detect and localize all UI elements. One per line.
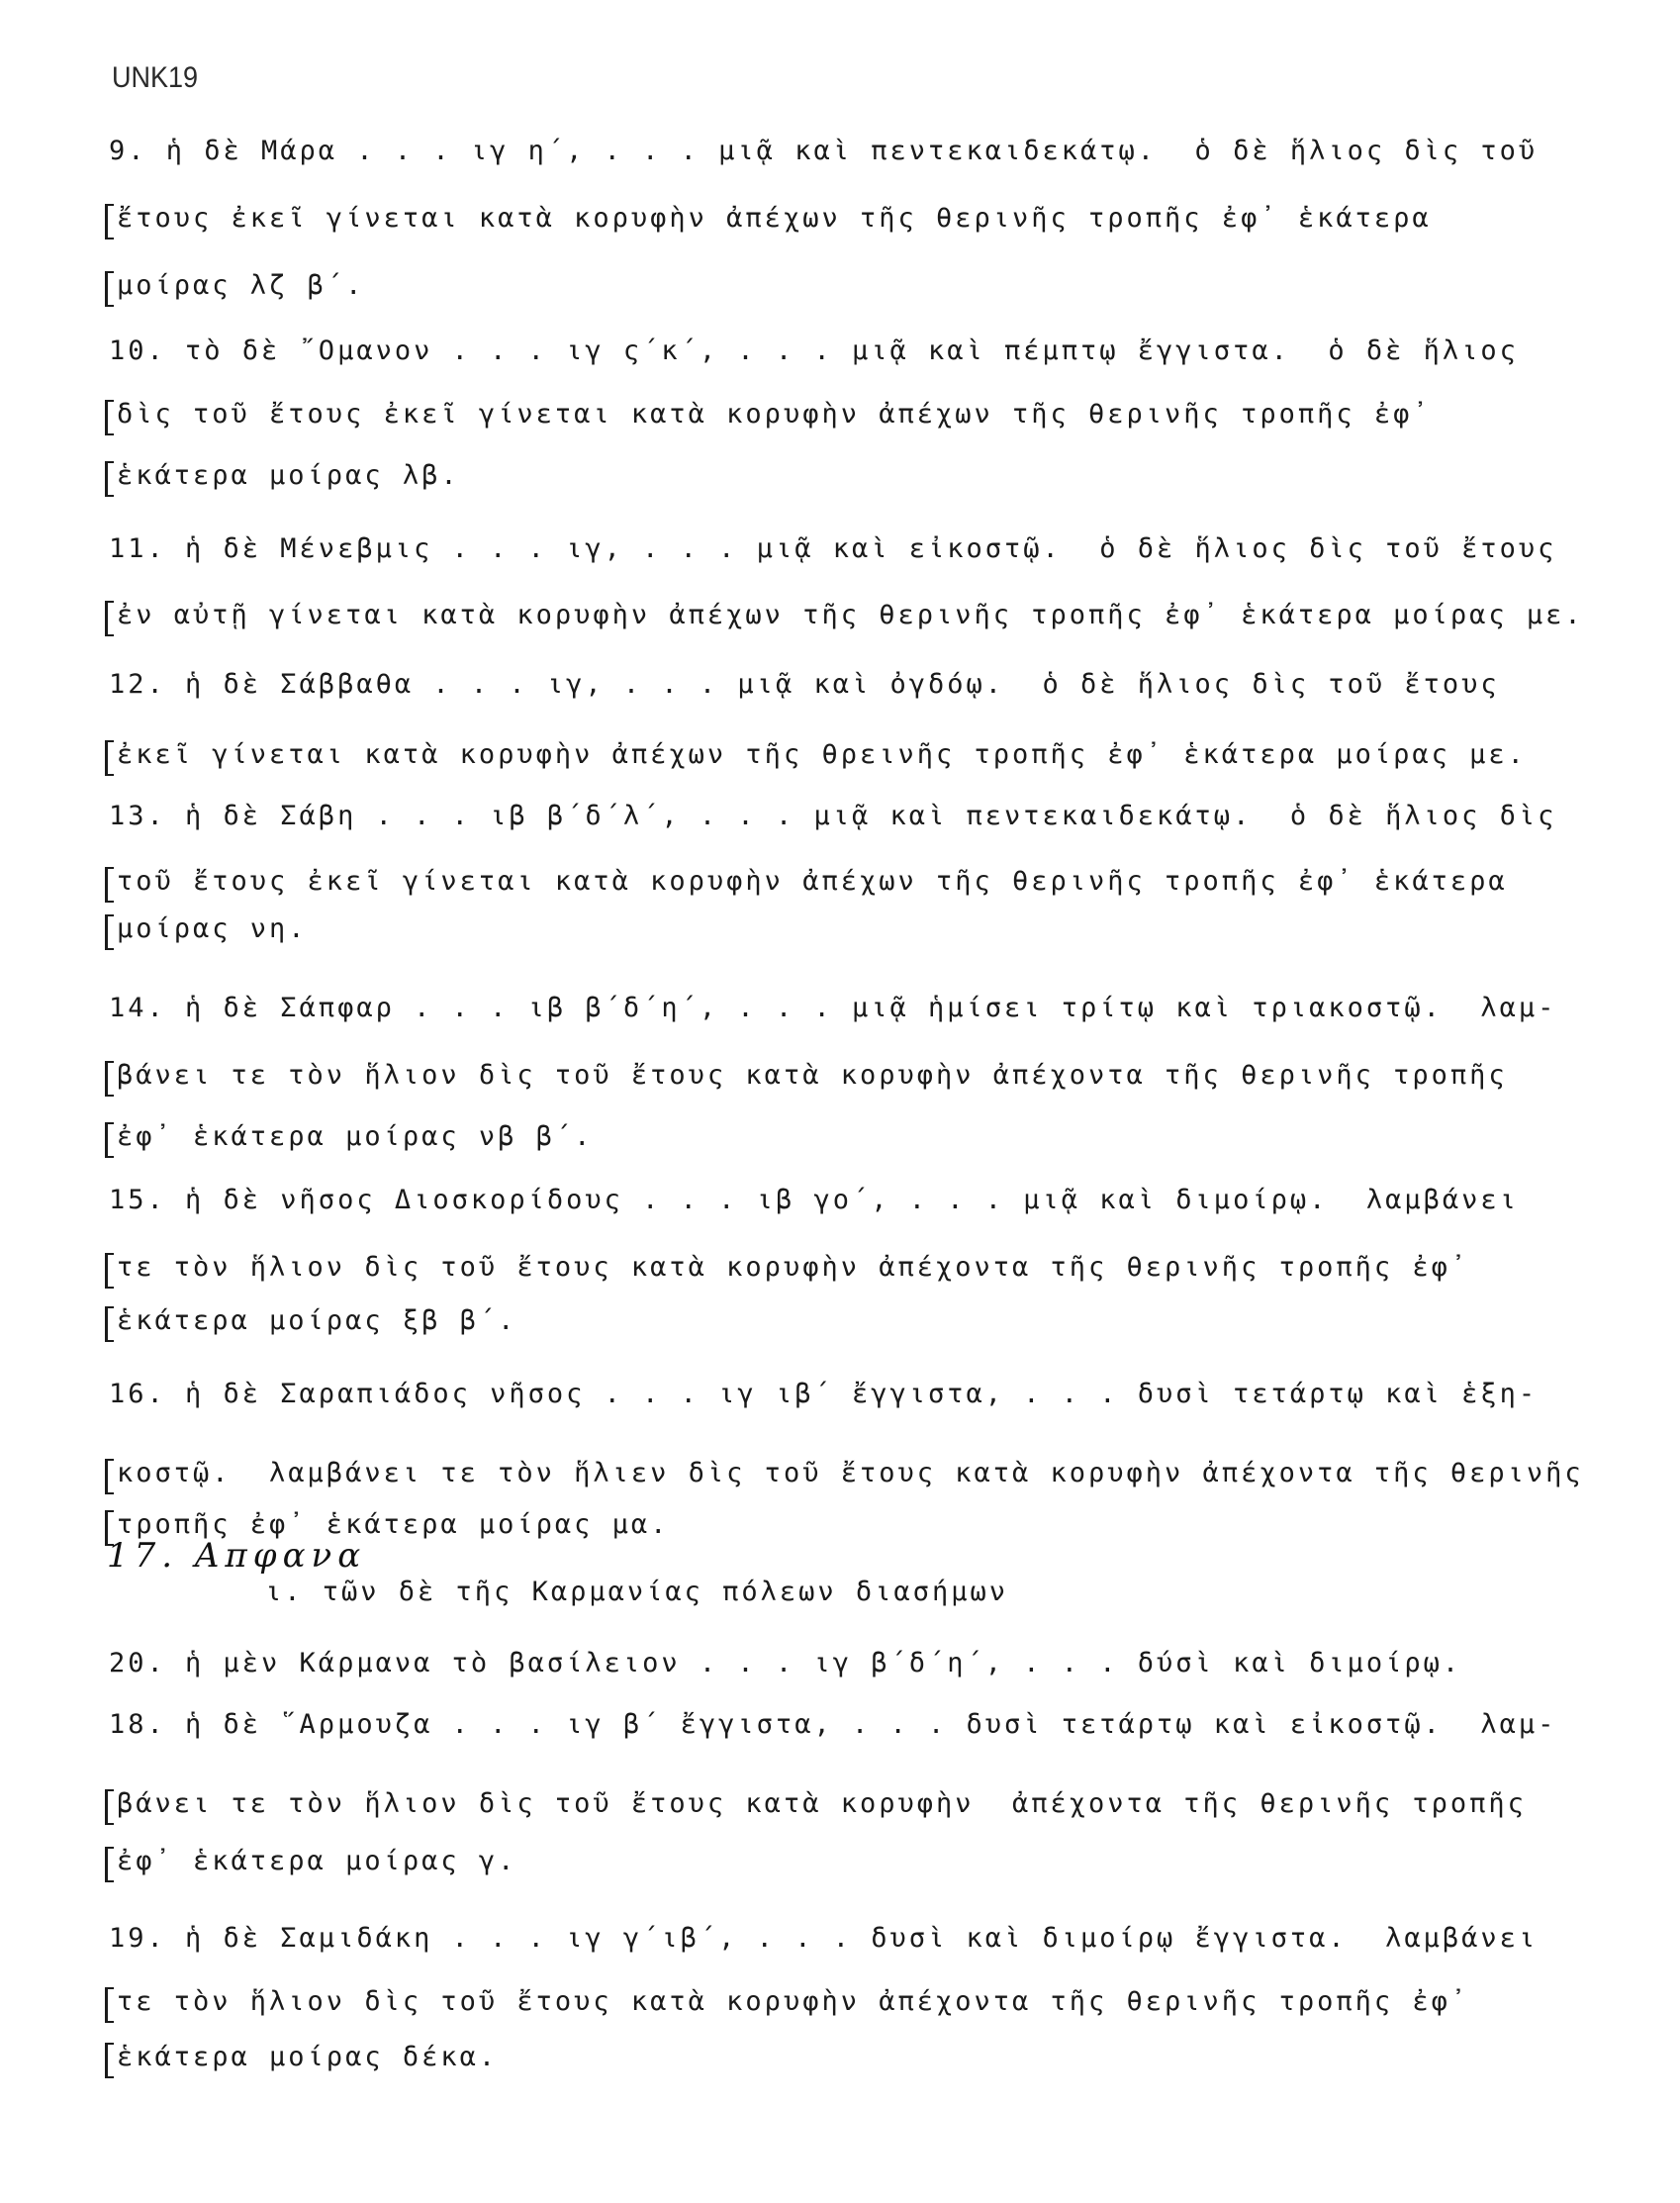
- entry-20-line-1: 20. ἡ μὲν Κάρμανα τὸ βασίλειον . . . ιγ …: [109, 1647, 1461, 1680]
- entry-11-line-1: 11. ἡ δὲ Μένεβμις . . . ιγ, . . . μιᾷ κα…: [109, 532, 1556, 566]
- entry-9-line-2: ἔτους ἐκεῖ γίνεται κατὰ κορυφὴν ἀπέχων τ…: [111, 202, 1432, 236]
- page-label: UNK19: [112, 61, 198, 95]
- entry-18-line-1: 18. ἡ δὲ ῞Αρμουζα . . . ιγ β΄ ἔγγιστα, .…: [109, 1708, 1556, 1742]
- entry-12-line-2: ἐκεῖ γίνεται κατὰ κορυφὴν ἀπέχων τῆς θρε…: [111, 738, 1527, 772]
- entry-9-line-3: μοίρας λζ β΄.: [111, 269, 364, 303]
- entry-14-line-1: 14. ἡ δὲ Σάπφαρ . . . ιβ β΄δ΄η΄, . . . μ…: [109, 992, 1556, 1025]
- entry-15-line-3: ἑκάτερα μοίρας ξβ β΄.: [111, 1304, 516, 1338]
- entry-10-line-1: 10. τὸ δὲ ῎Ομανον . . . ιγ ς΄κ΄, . . . μ…: [109, 335, 1519, 368]
- section-heading: ι. τῶν δὲ τῆς Καρμανίας πόλεων διασήμων: [265, 1576, 1008, 1609]
- entry-16-line-1: 16. ἡ δὲ Σαραπιάδος νῆσος . . . ιγ ιβ΄ ἔ…: [109, 1378, 1538, 1411]
- entry-18-line-2: βάνει τε τὸν ἥλιον δὶς τοῦ ἔτους κατὰ κο…: [111, 1787, 1527, 1821]
- entry-15-line-2: τε τὸν ἥλιον δὶς τοῦ ἔτους κατὰ κορυφὴν …: [111, 1251, 1469, 1285]
- handwritten-note: 17. Απφανα: [107, 1536, 366, 1576]
- entry-10-line-2: δὶς τοῦ ἔτους ἐκεῖ γίνεται κατὰ κορυφὴν …: [111, 398, 1432, 431]
- entry-12-line-1: 12. ἡ δὲ Σάββαθα . . . ιγ, . . . μιᾷ καὶ…: [109, 668, 1500, 702]
- entry-18-line-3: ἐφ᾽ ἑκάτερα μοίρας γ.: [111, 1845, 516, 1878]
- entry-19-line-2: τε τὸν ἥλιον δὶς τοῦ ἔτους κατὰ κορυφὴν …: [111, 1985, 1469, 2019]
- entry-14-line-3: ἐφ᾽ ἑκάτερα μοίρας νβ β΄.: [111, 1120, 593, 1154]
- entry-13-line-1: 13. ἡ δὲ Σάβη . . . ιβ β΄δ΄λ΄, . . . μιᾷ…: [109, 800, 1556, 833]
- entry-10-line-3: ἑκάτερα μοίρας λβ.: [111, 459, 460, 493]
- entry-13-line-2: τοῦ ἔτους ἐκεῖ γίνεται κατὰ κορυφὴν ἀπέχ…: [111, 865, 1508, 899]
- entry-13-line-3: μοίρας νη.: [111, 912, 308, 946]
- entry-19-line-3: ἑκάτερα μοίρας δέκα.: [111, 2041, 498, 2074]
- entry-19-line-1: 19. ἡ δὲ Σαμιδάκη . . . ιγ γ΄ιβ΄, . . . …: [109, 1922, 1538, 1956]
- entry-16-line-2: κοστῷ. λαμβάνει τε τὸν ἥλιεν δὶς τοῦ ἔτο…: [111, 1457, 1584, 1490]
- entry-15-line-1: 15. ἡ δὲ νῆσος Διοσκορίδους . . . ιβ γο΄…: [109, 1184, 1519, 1217]
- entry-9-line-1: 9. ἡ δὲ Μάρα . . . ιγ η΄, . . . μιᾷ καὶ …: [109, 135, 1538, 168]
- entry-14-line-2: βάνει τε τὸν ἥλιον δὶς τοῦ ἔτους κατὰ κο…: [111, 1059, 1508, 1093]
- entry-11-line-2: ἐν αὐτῇ γίνεται κατὰ κορυφὴν ἀπέχων τῆς …: [111, 599, 1584, 632]
